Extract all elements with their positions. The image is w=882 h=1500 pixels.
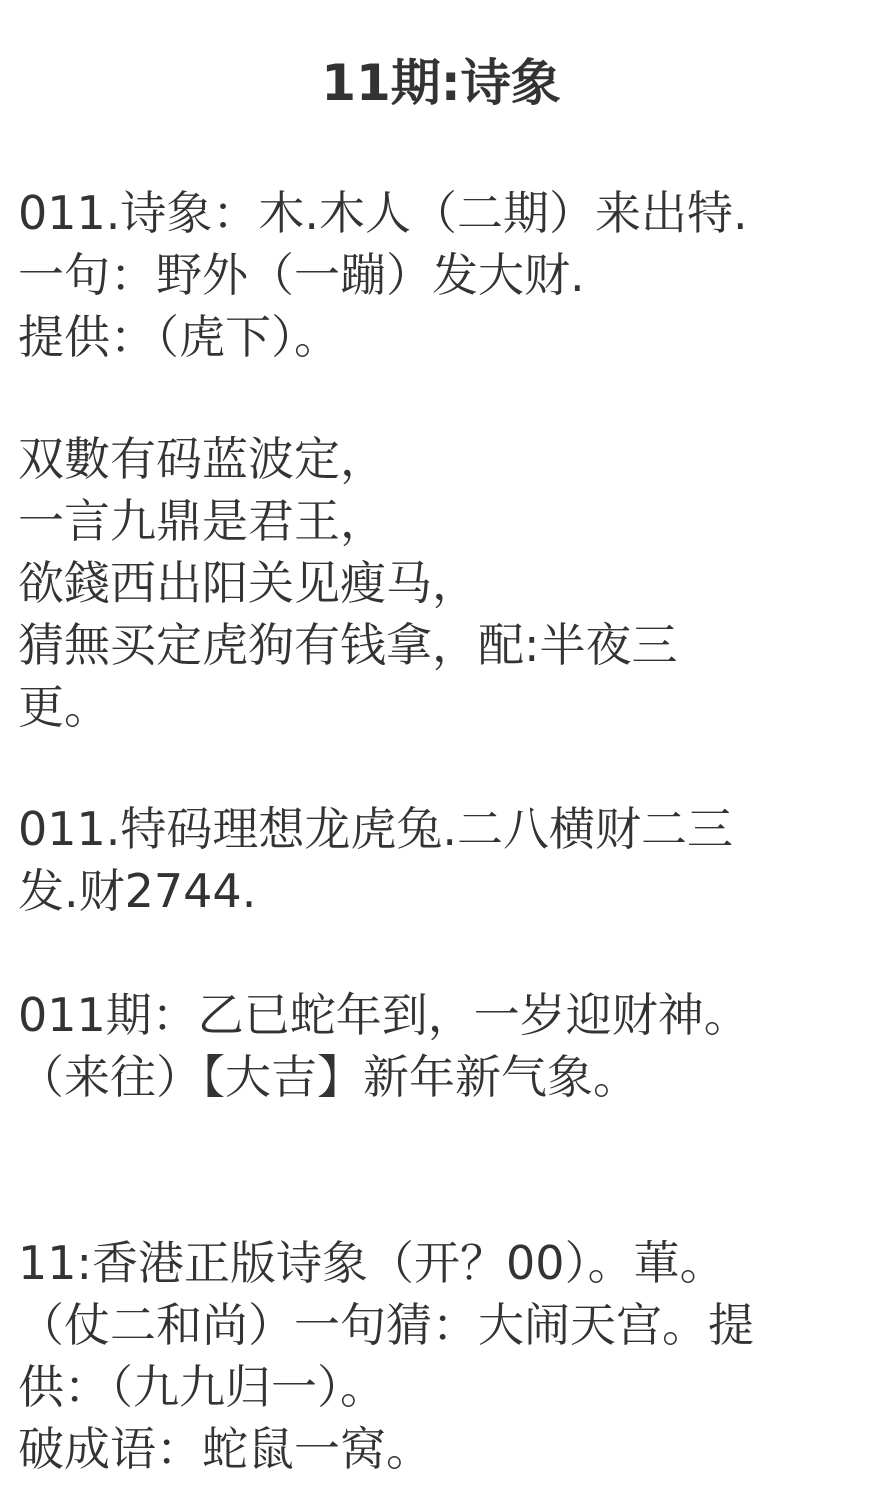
text-line: 更。 [18, 676, 878, 738]
section-poem-2: 双數有码蓝波定， 一言九鼎是君王， 欲錢西出阳关见瘦马， 猜無买定虎狗有钱拿，配… [18, 428, 878, 738]
text-line: 一句：野外（一蹦）发大财. [18, 244, 878, 306]
section-new-year: 011期：乙已蛇年到，一岁迎财神。 （来往）【大吉】新年新气象。 [18, 984, 878, 1108]
text-line: 011.特码理想龙虎兔.二八横财二三 [18, 798, 878, 860]
section-hk-poem: 11:香港正版诗象（开？00）。莗。 （仗二和尚）一句猜：大闹天宫。提 供：（九… [18, 1232, 878, 1480]
text-line: （来往）【大吉】新年新气象。 [18, 1046, 878, 1108]
text-line: 一言九鼎是君王， [18, 490, 878, 552]
text-line: 欲錢西出阳关见瘦马， [18, 552, 878, 614]
text-line: （仗二和尚）一句猜：大闹天宫。提 [18, 1294, 878, 1356]
text-line: 提供：（虎下）。 [18, 306, 878, 368]
section-special-code: 011.特码理想龙虎兔.二八横财二三 发.财2744. [18, 798, 878, 922]
text-line: 破成语：蛇鼠一窝。 [18, 1418, 878, 1480]
text-line: 猜無买定虎狗有钱拿，配:半夜三 [18, 614, 878, 676]
text-line: 011期：乙已蛇年到，一岁迎财神。 [18, 984, 878, 1046]
text-line: 双數有码蓝波定， [18, 428, 878, 490]
section-poem-1: 011.诗象：木.木人（二期）来出特. 一句：野外（一蹦）发大财. 提供：（虎下… [18, 182, 878, 368]
text-line: 发.财2744. [18, 860, 878, 922]
page-title: 11期:诗象 [0, 52, 882, 114]
text-line: 011.诗象：木.木人（二期）来出特. [18, 182, 878, 244]
text-line: 11:香港正版诗象（开？00）。莗。 [18, 1232, 878, 1294]
text-line: 供：（九九归一）。 [18, 1356, 878, 1418]
